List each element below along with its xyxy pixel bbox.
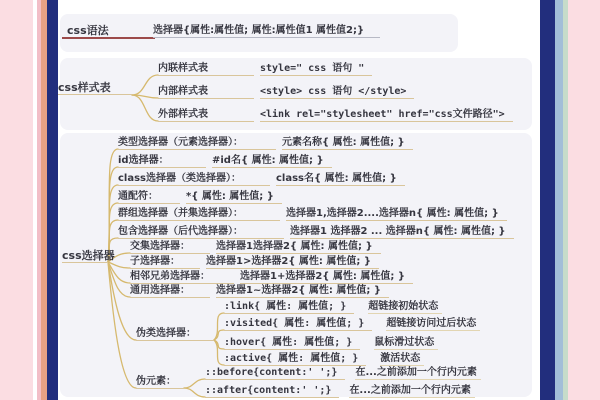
pseudo-class-value: :hover{ 属性: 属性值; } <box>224 336 360 350</box>
pseudo-class-row-link: :link{ 属性: 属性值; } 超链接初始状态 <box>224 300 442 314</box>
selector-row-intersection: 交集选择器： 选择器1选择器2{ 属性: 属性值; } <box>130 240 381 254</box>
selector-row-label: 包含选择器（后代选择器）： <box>118 225 284 239</box>
pseudo-class-value: :link{ 属性: 属性值; } <box>224 300 354 314</box>
selector-row-value: *{ 属性: 属性值; } <box>186 190 282 204</box>
selector-row-value: 选择器1 选择器2 ... 选择器n{ 属性: 属性值; } <box>290 225 514 239</box>
node-css-selectors-label: css选择器 <box>62 249 108 263</box>
right-blue-stripe <box>555 0 563 400</box>
selector-row-value: 选择器1+选择器2{ 属性: 属性值; } <box>240 270 413 284</box>
stylesheet-row-value: <style> css 语句 </style> <box>260 85 414 99</box>
pseudo-class-row-visited: :visited{ 属性: 属性值; } 超链接访问过后状态 <box>224 317 480 331</box>
selector-row-label: 通用选择器： <box>130 284 210 298</box>
left-navy-stripe <box>47 0 58 400</box>
stylesheet-row-inline: 内联样式表 style=" css 语句 " <box>158 62 372 76</box>
selector-row-label: id选择器： <box>118 154 206 168</box>
selector-row-label: 群组选择器（并集选择器）： <box>118 207 280 221</box>
selector-row-child: 子选择器： 选择器1>选择器2{ 属性: 属性值; } <box>130 255 379 269</box>
pseudo-class-desc: 超链接初始状态 <box>368 300 442 314</box>
stylesheet-row-label: 内联样式表 <box>158 62 254 76</box>
selector-row-value: class名{ 属性: 属性值; } <box>276 172 405 186</box>
node-css-syntax-label: css语法 <box>62 24 155 39</box>
selector-row-class: class选择器（类选择器）： class名{ 属性: 属性值; } <box>118 172 405 186</box>
node-pseudo-element-label: 伪元素： <box>136 375 184 389</box>
pseudo-class-value: :active{ 属性: 属性值; } <box>224 352 366 366</box>
pseudo-class-row-hover: :hover{ 属性: 属性值; } 鼠标滑过状态 <box>224 336 438 350</box>
selector-row-value: #id名{ 属性: 属性值; } <box>212 154 332 168</box>
selector-row-group: 群组选择器（并集选择器）： 选择器1,选择器2....选择器n{ 属性: 属性值… <box>118 207 507 221</box>
node-css-stylesheet-label: css样式表 <box>58 81 132 95</box>
selector-row-universal: 通配符： *{ 属性: 属性值; } <box>118 190 282 204</box>
selector-row-general-sibling: 通用选择器： 选择器1~选择器2{ 属性: 属性值; } <box>130 284 389 298</box>
right-navy-stripe <box>540 0 555 400</box>
pseudo-class-row-active: :active{ 属性: 属性值; } 激活状态 <box>224 352 424 366</box>
selector-row-adjacent-sibling: 相邻兄弟选择器： 选择器1+选择器2{ 属性: 属性值; } <box>130 270 413 284</box>
selector-row-value: 选择器1~选择器2{ 属性: 属性值; } <box>216 284 389 298</box>
pseudo-element-row-after: ::after{content:' ';} 在...之前添加一个行内元素 <box>205 384 475 398</box>
selector-row-label: 类型选择器（元素选择器）： <box>118 136 276 150</box>
stylesheet-row-label: 内部样式表 <box>158 85 254 99</box>
node-pseudo-class-label: 伪类选择器： <box>136 327 214 341</box>
pseudo-class-desc: 激活状态 <box>380 352 424 366</box>
stylesheet-row-value: <link rel="stylesheet" href="css文件路径"> <box>260 108 513 122</box>
left-pink-band <box>0 0 33 400</box>
pseudo-element-desc: 在...之前添加一个行内元素 <box>349 384 474 398</box>
stylesheet-row-label: 外部样式表 <box>158 108 254 122</box>
selector-row-label: 相邻兄弟选择器： <box>130 270 234 284</box>
selector-row-value: 元素名称{ 属性: 属性值; } <box>282 136 413 150</box>
selector-row-label: 子选择器： <box>130 255 200 269</box>
stylesheet-row-internal: 内部样式表 <style> css 语句 </style> <box>158 85 414 99</box>
pseudo-element-desc: 在...之前添加一个行内元素 <box>355 366 480 380</box>
selector-row-id: id选择器： #id名{ 属性: 属性值; } <box>118 154 332 168</box>
stylesheet-row-value: style=" css 语句 " <box>260 62 372 76</box>
pseudo-element-row-before: ::before{content:' ';} 在...之前添加一个行内元素 <box>205 366 481 380</box>
pseudo-class-desc: 超链接访问过后状态 <box>386 317 480 331</box>
selector-row-descendant: 包含选择器（后代选择器）： 选择器1 选择器2 ... 选择器n{ 属性: 属性… <box>118 225 514 239</box>
right-pink-band <box>568 0 600 400</box>
pseudo-element-value: ::after{content:' ';} <box>205 384 339 398</box>
pseudo-class-value: :visited{ 属性: 属性值; } <box>224 317 372 331</box>
node-css-syntax-value: 选择器{属性:属性值; 属性:属性值1 属性值2;} <box>153 24 380 38</box>
selector-row-type: 类型选择器（元素选择器）： 元素名称{ 属性: 属性值; } <box>118 136 413 150</box>
selector-row-value: 选择器1选择器2{ 属性: 属性值; } <box>216 240 381 254</box>
selector-row-label: 通配符： <box>118 190 180 204</box>
selector-row-value: 选择器1,选择器2....选择器n{ 属性: 属性值; } <box>286 207 507 221</box>
pseudo-element-value: ::before{content:' ';} <box>205 366 345 380</box>
selector-row-label: class选择器（类选择器）： <box>118 172 270 186</box>
stylesheet-row-external: 外部样式表 <link rel="stylesheet" href="css文件… <box>158 108 513 122</box>
selector-row-value: 选择器1>选择器2{ 属性: 属性值; } <box>206 255 379 269</box>
selector-row-label: 交集选择器： <box>130 240 210 254</box>
css-mindmap-page: css语法 选择器{属性:属性值; 属性:属性值1 属性值2;} css样式表 … <box>0 0 600 400</box>
pseudo-class-desc: 鼠标滑过状态 <box>374 336 438 350</box>
